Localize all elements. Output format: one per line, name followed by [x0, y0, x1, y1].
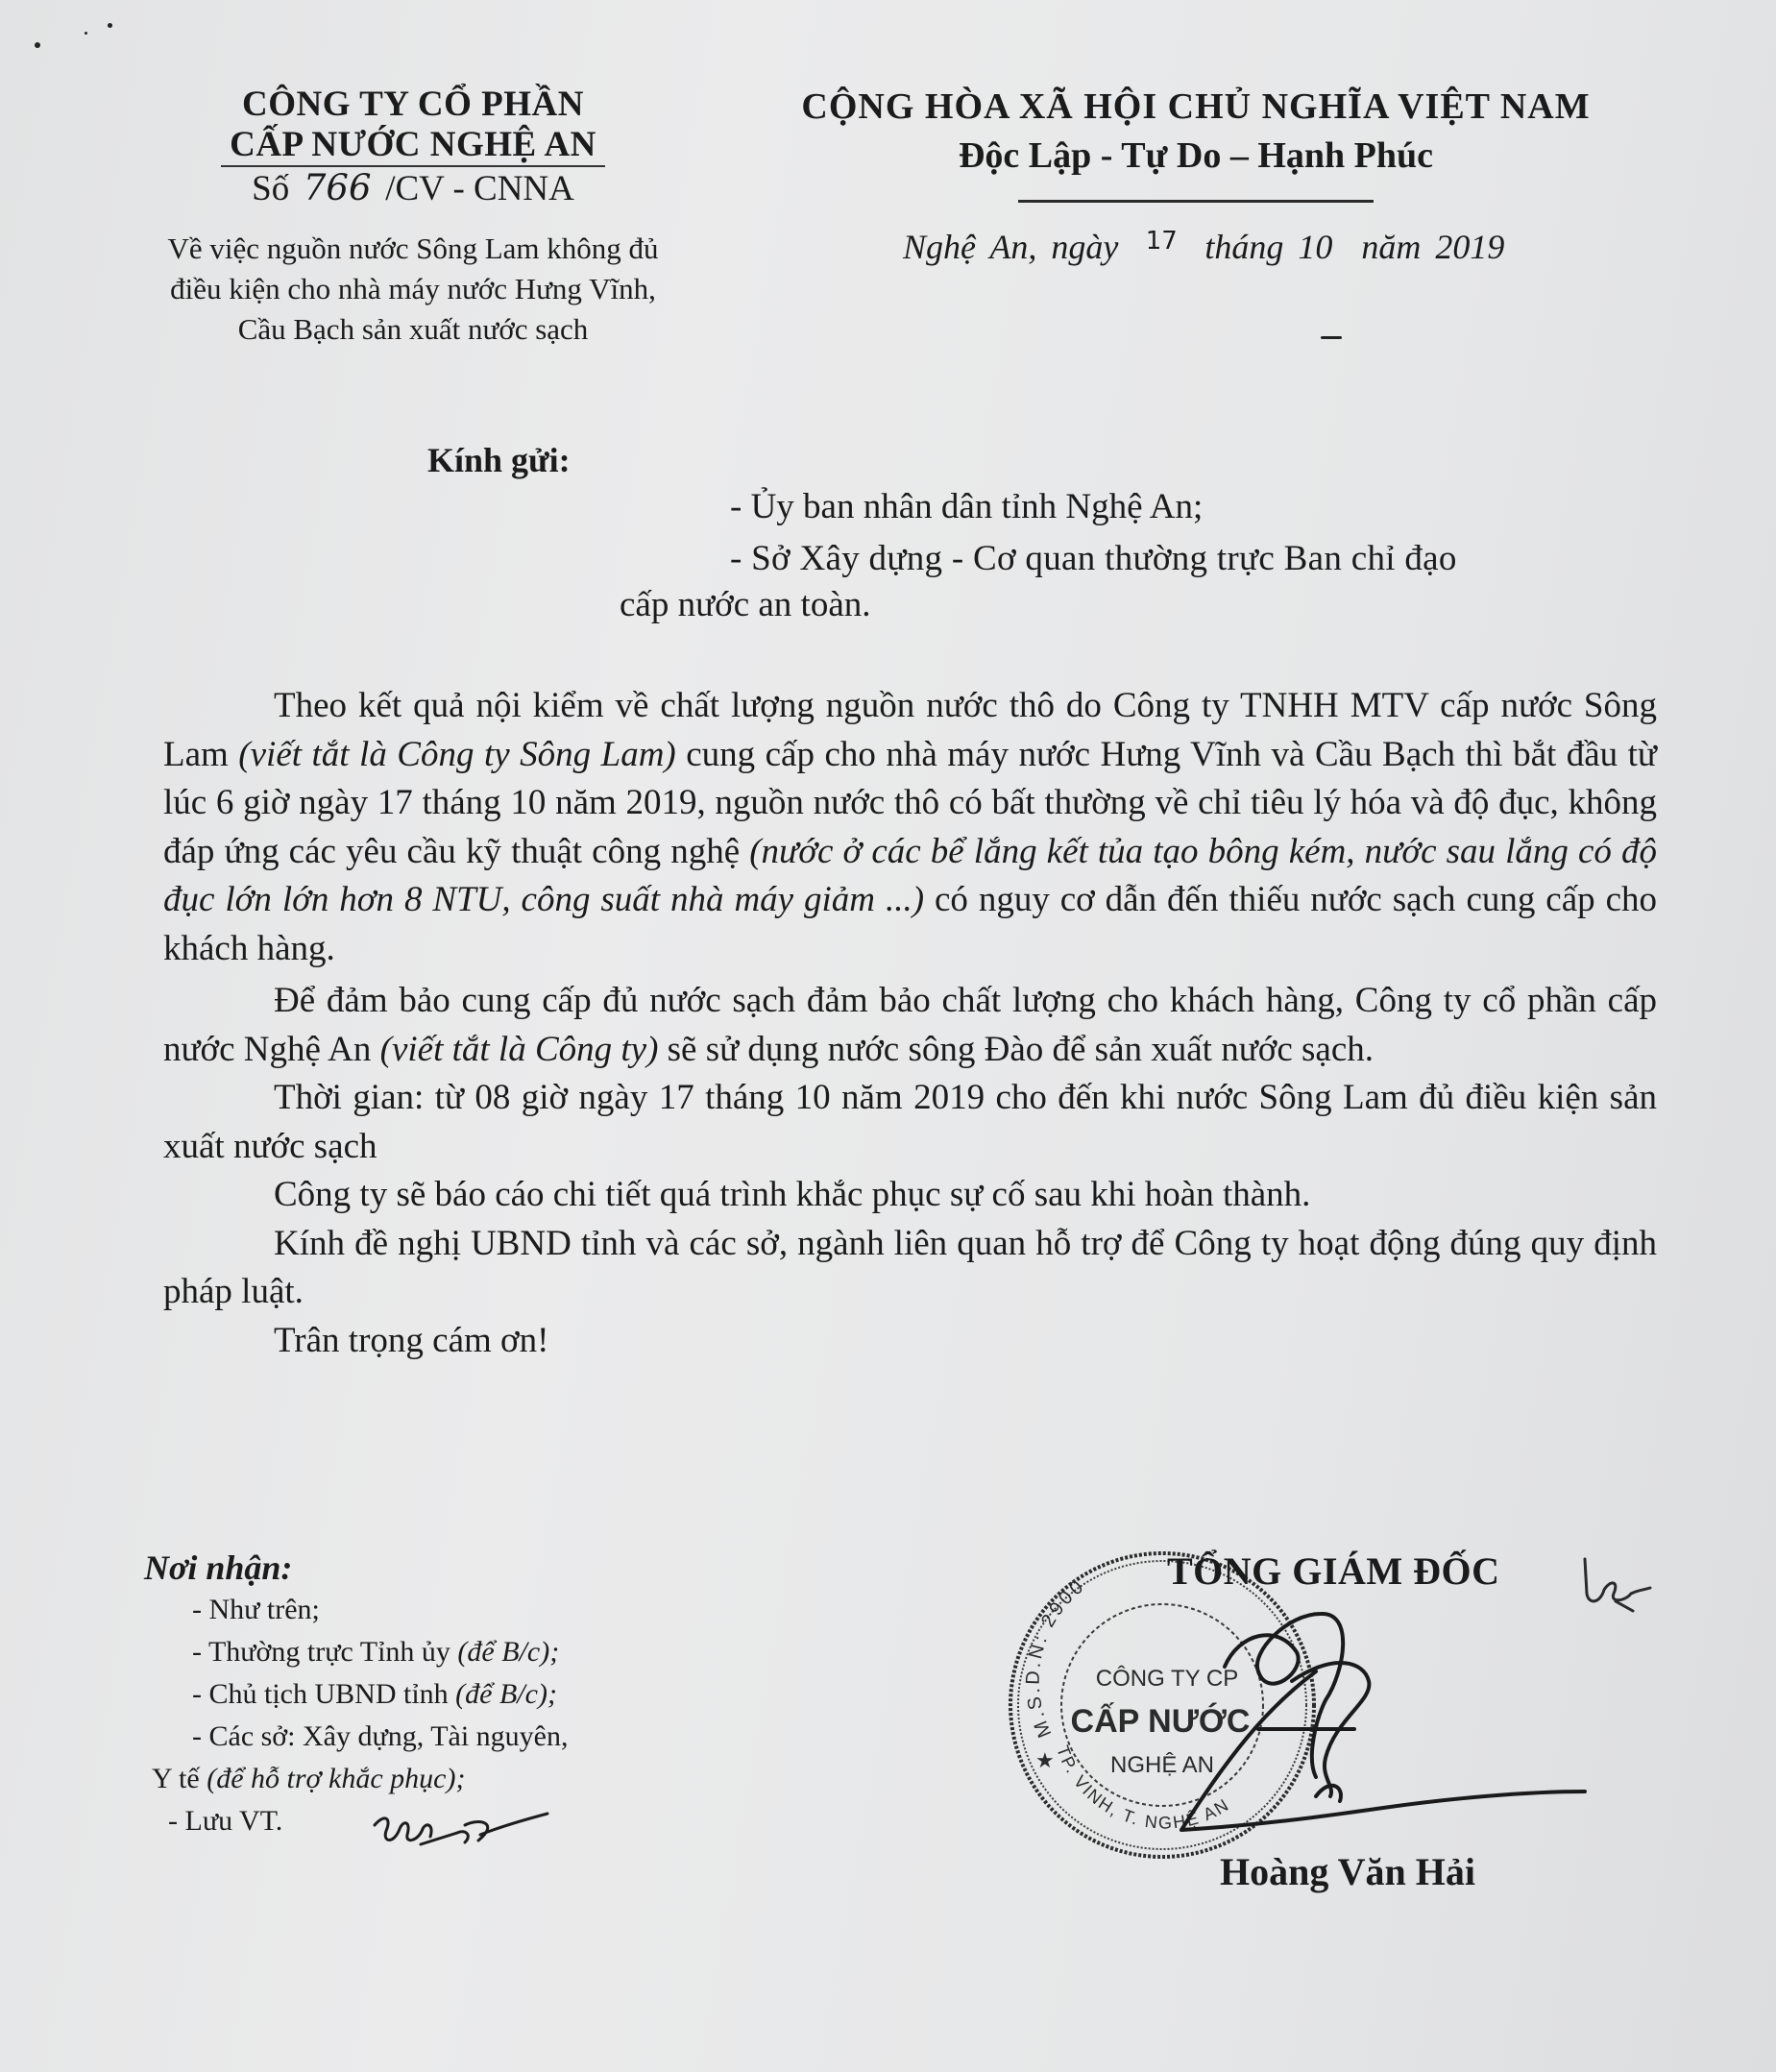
body-paragraph: Thời gian: từ 08 giờ ngày 17 tháng 10 nă… — [163, 1074, 1657, 1171]
addressee-item-continued: cấp nước an toàn. — [620, 581, 871, 629]
paper-speck — [108, 23, 112, 28]
recipient-item: Y tế (để hỗ trợ khắc phục); — [144, 1758, 682, 1800]
body-text: sẽ sử dụng nước sông Đào để sản xuất nướ… — [658, 1030, 1374, 1069]
reference-prefix: Số — [252, 169, 289, 208]
body-paragraph: Kính đề nghị UBND tỉnh và các sở, ngành … — [163, 1220, 1657, 1317]
recipient-item: - Như trên; — [144, 1589, 682, 1631]
closing-line: Trân trọng cám ơn! — [163, 1317, 1657, 1366]
date-month: 10 — [1298, 228, 1332, 266]
handwritten-signature — [1124, 1595, 1604, 1854]
archive-initials-scribble — [365, 1796, 557, 1864]
body-text-italic: (viết tắt là Công ty Sông Lam) — [238, 735, 675, 774]
body-paragraph: Công ty sẽ báo cáo chi tiết quá trình kh… — [163, 1171, 1657, 1220]
paper-speck — [85, 32, 87, 35]
addressee-item: - Ủy ban nhân dân tỉnh Nghệ An; — [730, 483, 1203, 531]
document-reference: Số766/CV - CNNA — [163, 167, 663, 210]
body-text-italic: (viết tắt là Công ty) — [380, 1030, 659, 1069]
recipient-item: - Chủ tịch UBND tỉnh (để B/c); — [144, 1673, 682, 1716]
reference-suffix: /CV - CNNA — [385, 169, 574, 208]
document-date: Nghệ An, ngày 17 tháng 10 năm 2019 — [903, 227, 1504, 267]
national-title: CỘNG HÒA XÃ HỘI CHỦ NGHĨA VIỆT NAM — [768, 85, 1623, 129]
document-subject: Về việc nguồn nước Sông Lam không đủ điề… — [144, 229, 682, 350]
greeting: Kính gửi: — [427, 440, 571, 480]
document-body: Theo kết quả nội kiểm về chất lượng nguồ… — [163, 682, 1657, 1365]
date-place: Nghệ An, ngày — [903, 228, 1118, 266]
recipients-title: Nơi nhận: — [144, 1547, 682, 1589]
paper-speck — [1321, 336, 1342, 339]
body-paragraph: Theo kết quả nội kiểm về chất lượng nguồ… — [163, 682, 1657, 973]
date-year-label: năm — [1361, 228, 1421, 266]
recipient-item: - Thường trực Tỉnh ủy (để B/c); — [144, 1631, 682, 1673]
organization-header: CÔNG TY CỔ PHẦN CẤP NƯỚC NGHỆ AN Số766/C… — [163, 85, 663, 210]
national-motto: Độc Lập - Tự Do – Hạnh Phúc — [768, 131, 1623, 181]
signatory-title: TỔNG GIÁM ĐỐC — [1167, 1548, 1500, 1594]
reference-number: 766 — [289, 167, 385, 209]
body-paragraph: Để đảm bảo cung cấp đủ nước sạch đảm bảo… — [163, 977, 1657, 1074]
date-year: 2019 — [1435, 228, 1504, 266]
national-header: CỘNG HÒA XÃ HỘI CHỦ NGHĨA VIỆT NAM Độc L… — [768, 85, 1623, 203]
organization-name-line1: CÔNG TY CỔ PHẦN — [163, 85, 663, 125]
motto-underline — [1018, 200, 1374, 203]
stamp-star-icon: ★ — [1035, 1748, 1055, 1772]
signatory-name: Hoàng Văn Hải — [1220, 1849, 1475, 1894]
recipient-item: - Các sở: Xây dựng, Tài nguyên, — [144, 1716, 682, 1758]
date-month-label: tháng — [1204, 228, 1283, 266]
organization-name-line2: CẤP NƯỚC NGHỆ AN — [163, 125, 663, 165]
addressee-item: - Sở Xây dựng - Cơ quan thường trực Ban … — [730, 535, 1662, 583]
paper-speck — [35, 42, 40, 48]
date-day: 17 — [1132, 227, 1190, 256]
